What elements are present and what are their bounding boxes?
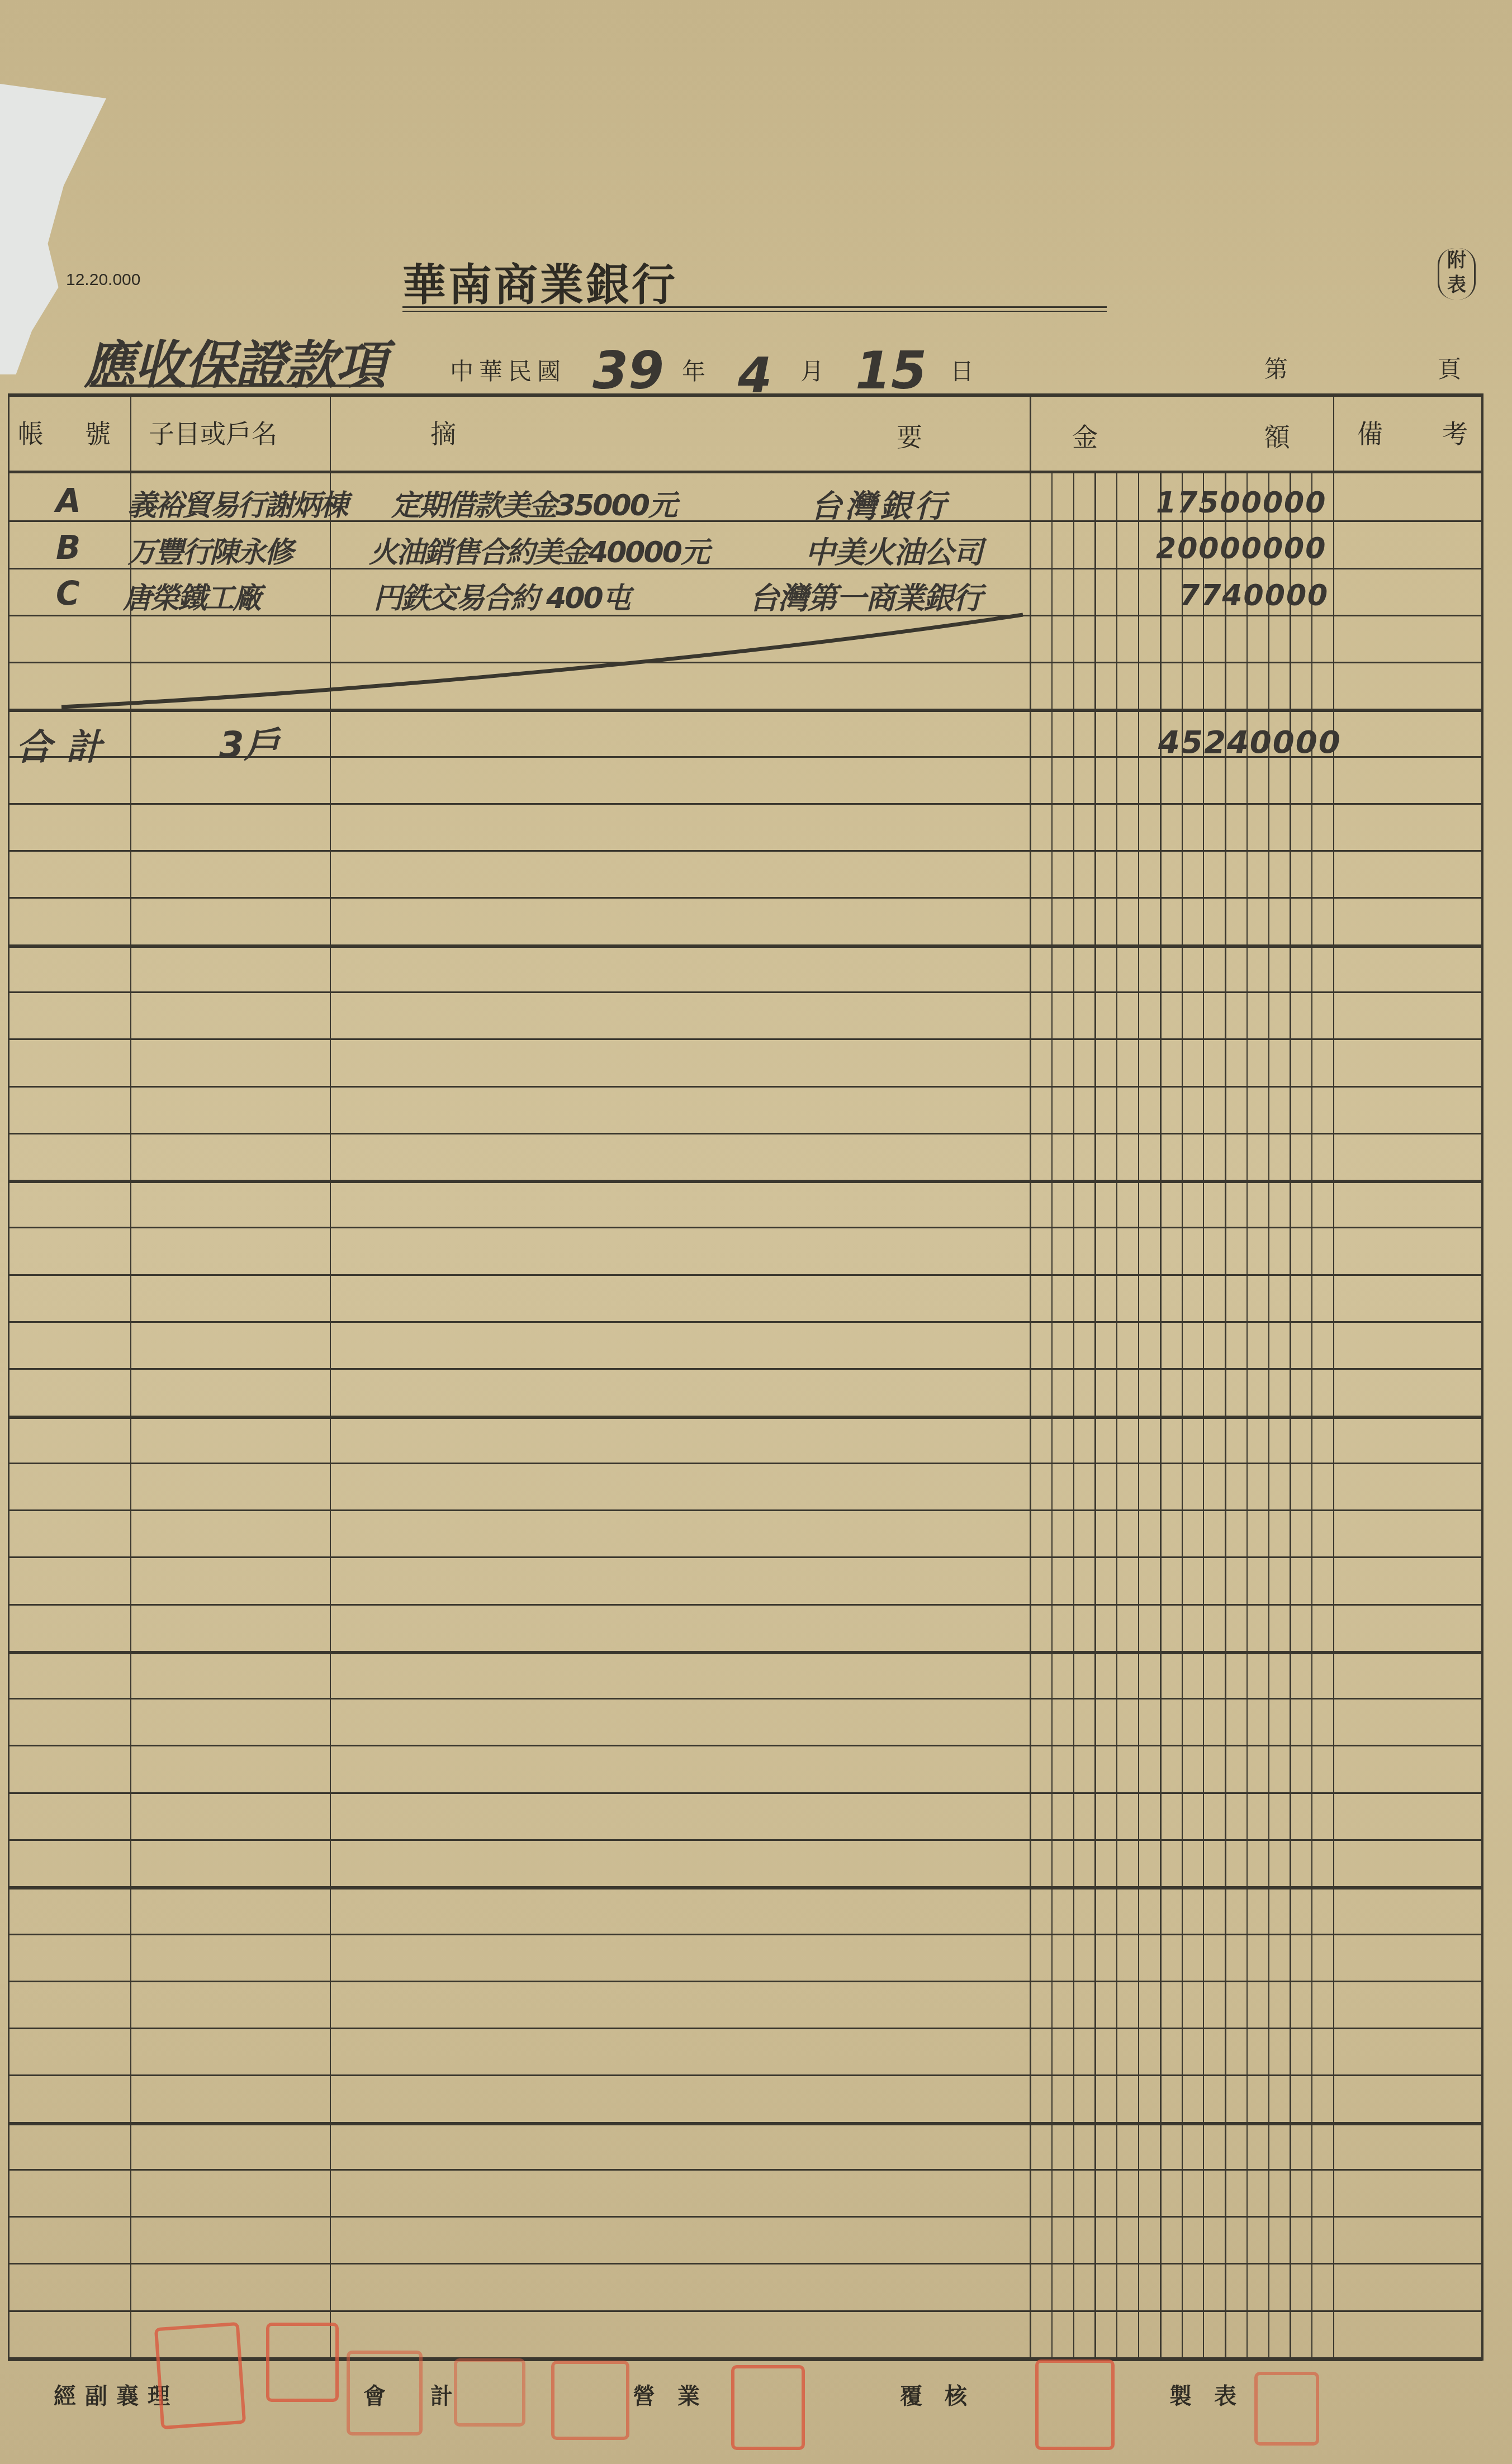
row-line — [8, 1792, 1482, 1794]
row-line — [8, 1604, 1482, 1606]
attachment-char-2: 表 — [1439, 273, 1474, 297]
row-line — [8, 2028, 1482, 2029]
title-underline-2 — [402, 311, 1107, 312]
year-label: 年 — [682, 353, 705, 387]
row-name: 万豐行陳永修 — [127, 529, 292, 571]
seal-stamp-1 — [154, 2322, 246, 2429]
header-bottom-border — [8, 471, 1482, 473]
attachment-char-1: 附 — [1439, 248, 1474, 273]
account-title-underline — [89, 384, 380, 387]
header-remarks-right: 考 — [1442, 414, 1468, 450]
row-account: B — [56, 529, 80, 567]
row-line — [8, 2263, 1482, 2264]
row-line — [8, 1509, 1482, 1511]
row-amount: 17500000 — [1156, 486, 1326, 520]
seal-stamp-6 — [731, 2365, 805, 2450]
date-day: 15 — [855, 341, 927, 401]
row-summary: 火油銷售合約美金40000元 — [369, 529, 708, 571]
row-amount: 20000000 — [1156, 532, 1326, 566]
header-amount-right: 額 — [1264, 417, 1290, 454]
header-summary-left: 摘 — [430, 414, 456, 450]
page-label-prefix: 第 — [1264, 351, 1288, 384]
section-divider-line — [8, 1886, 1482, 1889]
row-line — [8, 991, 1482, 993]
account-title: 應收保證款項 — [84, 324, 386, 398]
row-line — [8, 1038, 1482, 1040]
row-line — [8, 1981, 1482, 1982]
row-line — [8, 803, 1482, 805]
day-label: 日 — [950, 353, 974, 387]
page-label-suffix: 頁 — [1438, 351, 1461, 384]
row-counterparty: 中美火油公司 — [805, 529, 983, 572]
attachment-label: 附 表 — [1438, 248, 1476, 300]
signature-label-business: 營業 — [633, 2378, 722, 2410]
row-line — [8, 1133, 1482, 1134]
title-underline — [402, 306, 1107, 308]
row-line — [8, 1556, 1482, 1558]
header-account-no-2: 號 — [85, 414, 111, 450]
row-name: 義裕貿易行謝炳棟 — [127, 482, 347, 524]
row-summary: 定期借款美金35000元 — [391, 482, 676, 524]
section-divider-line — [8, 944, 1482, 948]
month-label: 月 — [800, 353, 824, 387]
row-line — [8, 850, 1482, 852]
form-number: 12.20.000 — [66, 270, 140, 289]
row-line — [8, 1698, 1482, 1699]
row-line — [8, 1086, 1482, 1088]
row-account: C — [56, 575, 80, 613]
seal-stamp-7 — [1035, 2359, 1115, 2450]
table-top-border — [8, 393, 1482, 397]
row-line — [8, 1321, 1482, 1323]
row-line — [8, 1839, 1482, 1841]
header-summary-right: 要 — [897, 417, 922, 454]
row-line — [8, 897, 1482, 899]
seal-stamp-4 — [454, 2358, 525, 2427]
total-amount: 45240000 — [1158, 724, 1342, 761]
seal-stamp-8 — [1254, 2372, 1319, 2446]
section-divider-line — [8, 1180, 1482, 1183]
seal-stamp-2 — [266, 2323, 339, 2402]
row-line — [8, 1368, 1482, 1370]
col-divider-amount — [1333, 393, 1334, 2361]
row-line — [8, 1745, 1482, 1746]
table-right-border — [1481, 393, 1483, 2361]
row-line — [8, 1463, 1482, 1464]
total-label: 合計 — [16, 719, 116, 770]
row-account: A — [56, 482, 81, 520]
signature-label-prepared-by: 製表 — [1169, 2378, 1259, 2410]
row-line — [8, 1934, 1482, 1935]
date-year: 39 — [593, 341, 664, 401]
header-remarks-left: 備 — [1357, 414, 1383, 450]
signature-label-review: 覆核 — [900, 2378, 989, 2410]
row-amount: 7740000 — [1179, 579, 1329, 613]
section-divider-line — [8, 1651, 1482, 1654]
total-count: 3戶 — [219, 716, 280, 768]
seal-stamp-3 — [347, 2351, 423, 2435]
section-divider-line — [8, 2122, 1482, 2125]
row-counterparty: 台灣銀行 — [810, 482, 949, 526]
date-era-label: 中華民國 — [450, 353, 566, 387]
row-line — [8, 1274, 1482, 1276]
bank-name-title: 華南商業銀行 — [402, 250, 677, 313]
header-amount-left: 金 — [1072, 417, 1098, 454]
header-account-no-1: 帳 — [18, 414, 44, 450]
row-line — [8, 2216, 1482, 2218]
seal-stamp-5 — [551, 2361, 629, 2440]
row-line — [8, 2074, 1482, 2076]
closing-diagonal-line — [0, 609, 1034, 721]
row-line — [8, 1227, 1482, 1228]
row-line — [8, 2310, 1482, 2312]
row-line — [8, 2169, 1482, 2171]
header-sub-account: 子目或戶名 — [149, 414, 277, 450]
section-divider-line — [8, 1416, 1482, 1419]
